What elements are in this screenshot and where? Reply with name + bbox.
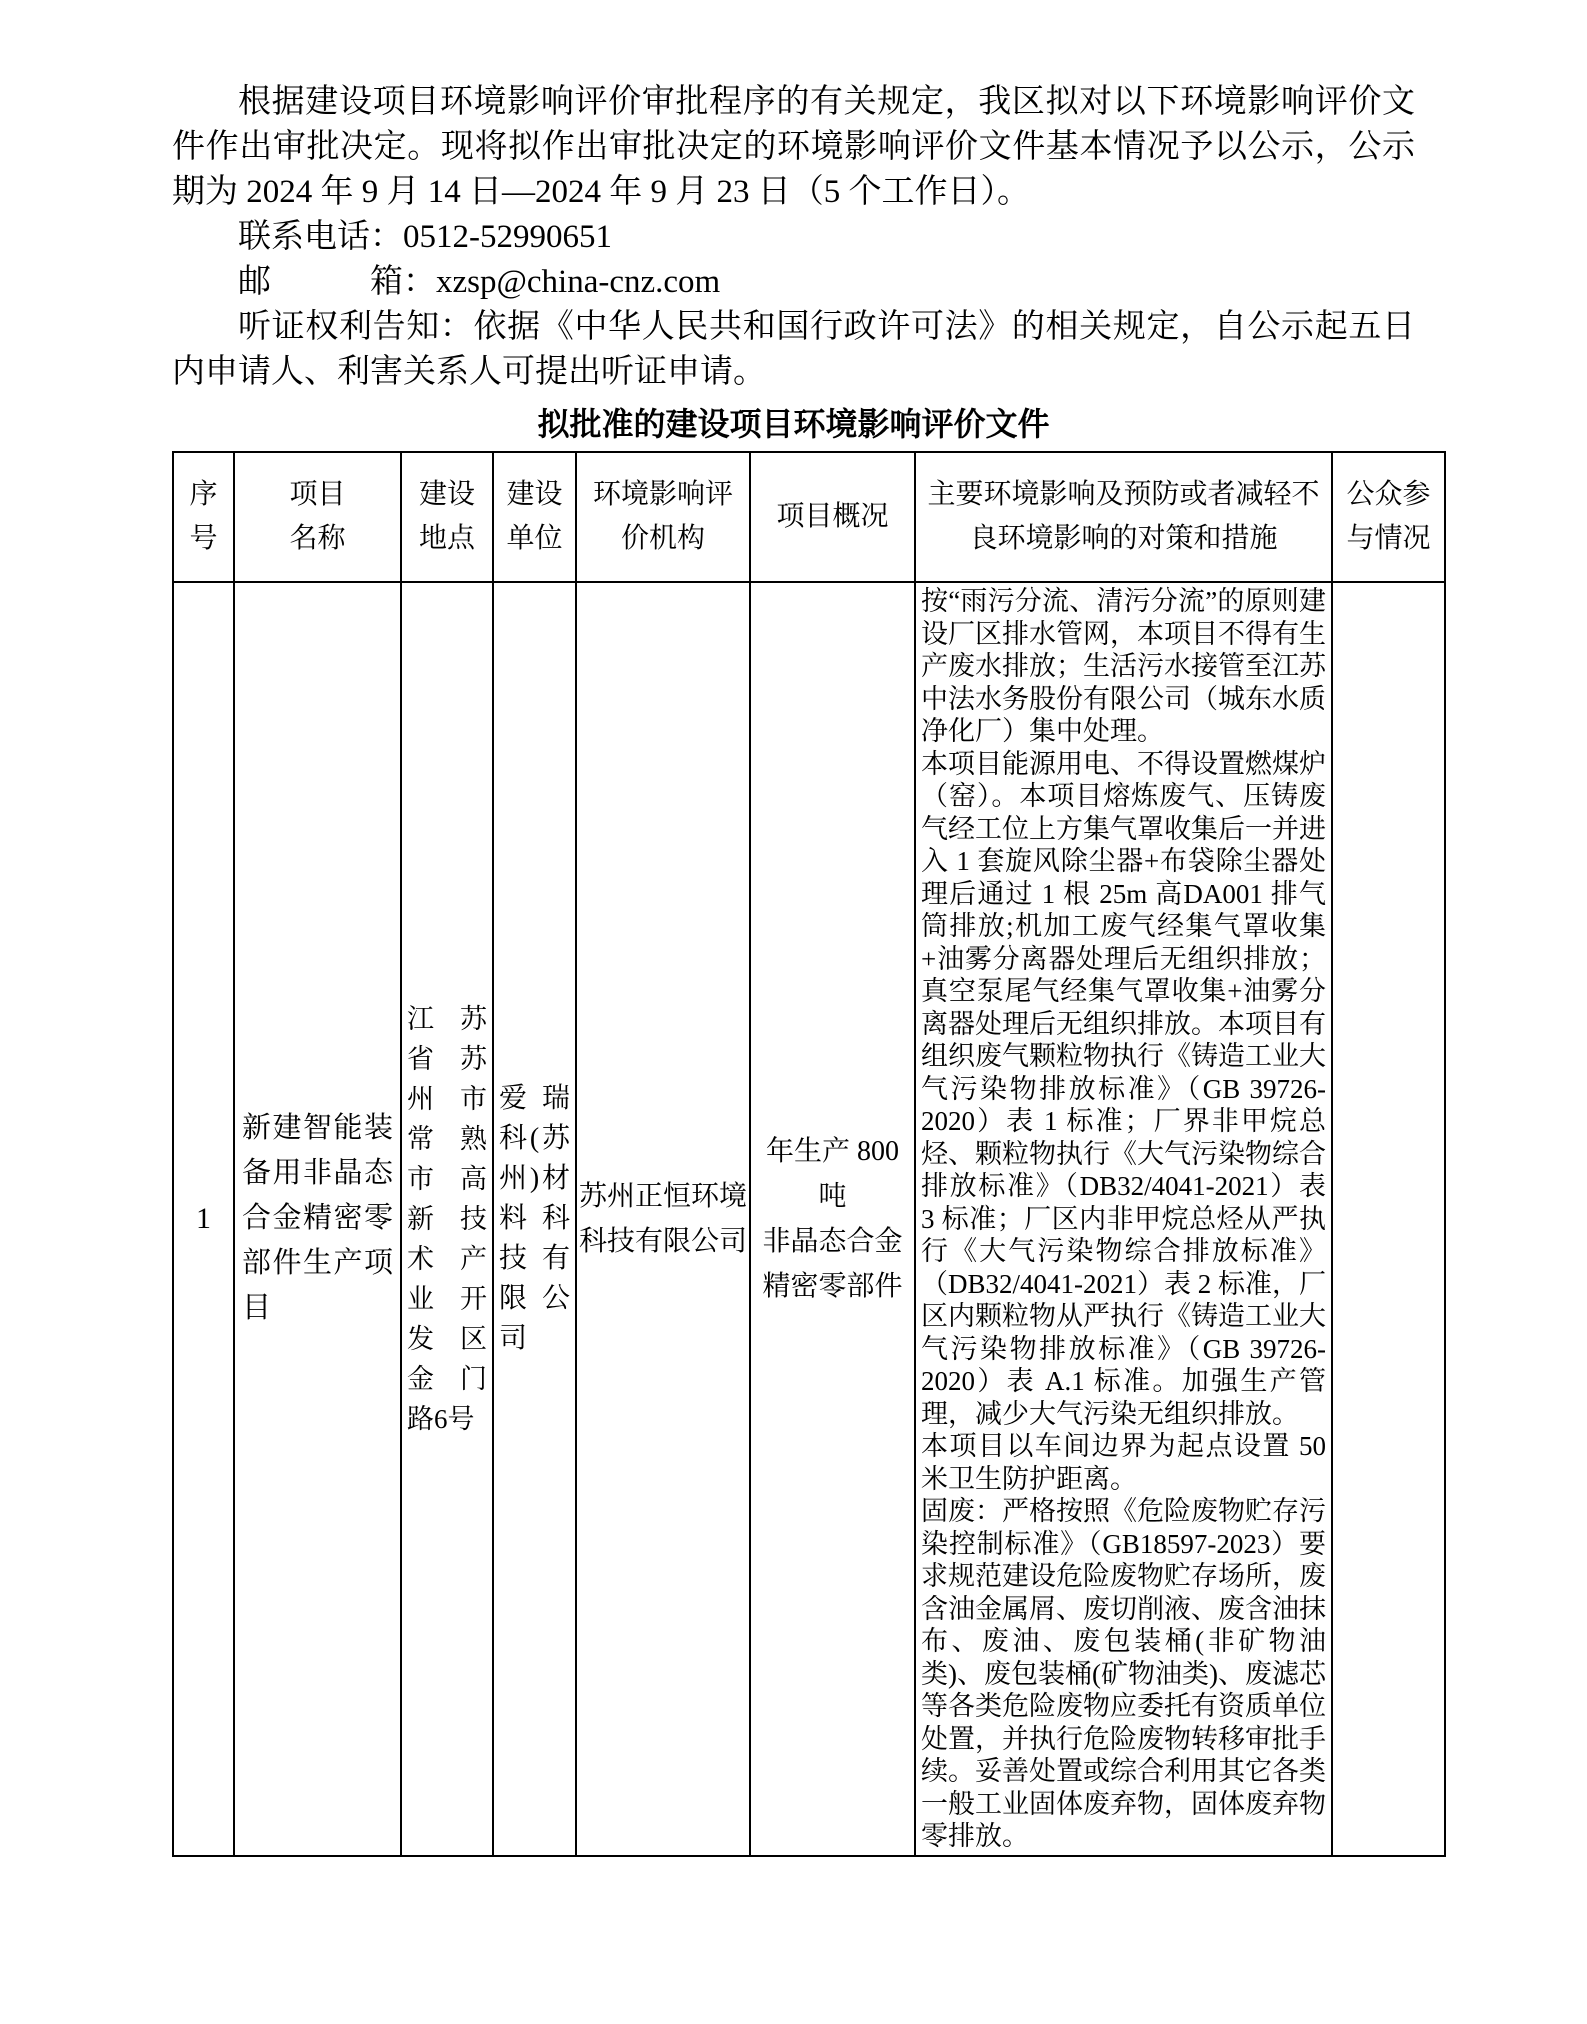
table-row: 1 新建智能装备用非晶态合金精密零部件生产项目 江苏省苏州市常熟市高新技术产业开… <box>173 582 1445 1856</box>
hearing-notice-paragraph: 听证权利告知：依据《中华人民共和国行政许可法》的相关规定，自公示起五日内申请人、… <box>172 305 1415 395</box>
col-header-overview: 项目概况 <box>750 452 915 582</box>
contact-phone-value: 0512-52990651 <box>403 219 612 255</box>
col-header-public-participation: 公众参 与情况 <box>1332 452 1445 582</box>
contact-phone-line: 联系电话：0512-52990651 <box>172 215 1415 260</box>
col-header-seq: 序号 <box>173 452 234 582</box>
email-label: 邮 箱： <box>238 264 436 300</box>
cell-eia-agency: 苏州正恒环境科技有限公司 <box>576 582 750 1856</box>
intro-paragraph: 根据建设项目环境影响评价审批程序的有关规定，我区拟对以下环境影响评价文件作出审批… <box>172 80 1415 215</box>
col-header-location: 建设 地点 <box>401 452 493 582</box>
eia-approval-table: 序号 项目 名称 建设 地点 建设 单位 环境影响评 价机构 项目概况 主要环境… <box>172 451 1446 1857</box>
col-header-eia-agency: 环境影响评 价机构 <box>576 452 750 582</box>
table-title: 拟批准的建设项目环境影响评价文件 <box>172 401 1415 447</box>
document-page: 根据建设项目环境影响评价审批程序的有关规定，我区拟对以下环境影响评价文件作出审批… <box>0 0 1587 1857</box>
cell-measures: 按“雨污分流、清污分流”的原则建设厂区排水管网，本项目不得有生产废水排放；生活污… <box>915 582 1332 1856</box>
cell-project-name: 新建智能装备用非晶态合金精密零部件生产项目 <box>234 582 401 1856</box>
table-header-row: 序号 项目 名称 建设 地点 建设 单位 环境影响评 价机构 项目概况 主要环境… <box>173 452 1445 582</box>
cell-builder: 爱瑞科(苏州)材料科技有限公司 <box>493 582 576 1856</box>
email-value: xzsp@china-cnz.com <box>436 264 720 300</box>
col-header-builder: 建设 单位 <box>493 452 576 582</box>
col-header-project-name: 项目 名称 <box>234 452 401 582</box>
cell-location: 江苏省苏州市常熟市高新技术产业开发区金门路6号 <box>401 582 493 1856</box>
cell-overview: 年生产 800 吨 非晶态合金 精密零部件 <box>750 582 915 1856</box>
cell-seq: 1 <box>173 582 234 1856</box>
col-header-measures: 主要环境影响及预防或者减轻不 良环境影响的对策和措施 <box>915 452 1332 582</box>
email-line: 邮 箱：xzsp@china-cnz.com <box>172 260 1415 305</box>
contact-phone-label: 联系电话： <box>238 219 403 255</box>
cell-public-participation <box>1332 582 1445 1856</box>
